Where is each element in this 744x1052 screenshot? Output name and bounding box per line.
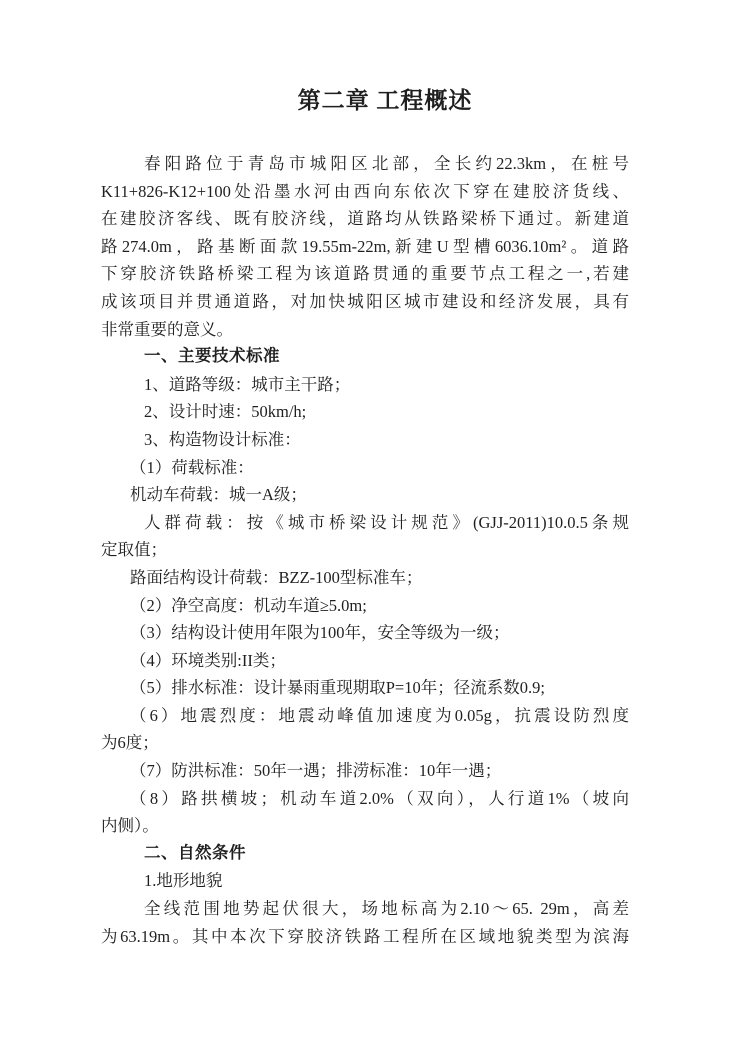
text-line: （5）排水标准：设计暴雨重现期取P=10年；径流系数0.9; bbox=[101, 674, 629, 702]
page-content: 第二章 工程概述 春阳路位于青岛市城阳区北部，全长约22.3km，在桩号 K11… bbox=[101, 86, 629, 950]
text-line: 为6度； bbox=[101, 729, 629, 757]
text-line: （1）荷载标准： bbox=[101, 454, 629, 482]
subsection-heading-terrain: 1.地形地貌 bbox=[101, 867, 629, 895]
text-line: 春阳路位于青岛市城阳区北部，全长约22.3km，在桩号 bbox=[101, 150, 629, 178]
text-line: 2、设计时速：50km/h; bbox=[101, 398, 629, 426]
text-line: （7）防洪标准：50年一遇；排涝标准：10年一遇； bbox=[101, 757, 629, 785]
text-line: （4）环境类别:II类； bbox=[101, 647, 629, 675]
text-line: 在建胶济客线、既有胶济线，道路均从铁路梁桥下通过。新建道 bbox=[101, 205, 629, 233]
text-line: 人群荷载：按《城市桥梁设计规范》(GJJ-2011)10.0.5条规 bbox=[101, 509, 629, 537]
text-line: 路面结构设计荷载：BZZ-100型标准车； bbox=[101, 564, 629, 592]
text-line: 成该项目并贯通道路，对加快城阳区城市建设和经济发展，具有 bbox=[101, 288, 629, 316]
text-line: 机动车荷载：城一A级； bbox=[101, 481, 629, 509]
text-line: K11+826-K12+100处沿墨水河由西向东依次下穿在建胶济货线、 bbox=[101, 178, 629, 206]
text-line: 定取值； bbox=[101, 536, 629, 564]
text-line: 3、构造物设计标准： bbox=[101, 426, 629, 454]
document-page: 第二章 工程概述 春阳路位于青岛市城阳区北部，全长约22.3km，在桩号 K11… bbox=[0, 0, 744, 1052]
text-line: 内侧）。 bbox=[101, 812, 629, 840]
text-line: 下穿胶济铁路桥梁工程为该道路贯通的重要节点工程之一,若建 bbox=[101, 260, 629, 288]
text-line: 路274.0m，路基断面款19.55m-22m,新建U型槽6036.10m²。道… bbox=[101, 233, 629, 261]
section-heading-technical-standards: 一、主要技术标准 bbox=[101, 343, 629, 371]
text-line: （6）地震烈度：地震动峰值加速度为0.05g，抗震设防烈度 bbox=[101, 702, 629, 730]
chapter-title: 第二章 工程概述 bbox=[141, 86, 629, 116]
text-line: 1、道路等级：城市主干路； bbox=[101, 371, 629, 399]
text-line: （8）路拱横坡；机动车道2.0%（双向），人行道1%（坡向 bbox=[101, 785, 629, 813]
text-line: 非常重要的意义。 bbox=[101, 316, 629, 344]
text-line: （3）结构设计使用年限为100年，安全等级为一级； bbox=[101, 619, 629, 647]
text-line: 为63.19m。其中本次下穿胶济铁路工程所在区域地貌类型为滨海 bbox=[101, 923, 629, 951]
section-heading-natural-conditions: 二、自然条件 bbox=[101, 840, 629, 868]
text-line: （2）净空高度：机动车道≥5.0m; bbox=[101, 592, 629, 620]
text-line: 全线范围地势起伏很大，场地标高为2.10～65. 29m，高差 bbox=[101, 895, 629, 923]
